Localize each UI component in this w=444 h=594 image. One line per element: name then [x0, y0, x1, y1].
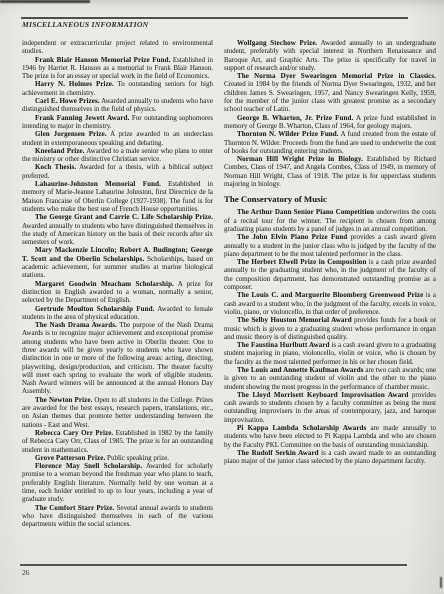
prize-name: Mary Mackenzie Lincoln; Robert A. Buding… [22, 246, 213, 262]
prize-entry: The Faustina Hurlbutt Award is a cash aw… [224, 341, 436, 366]
prize-name: Glen Jorgensen Prize. [35, 130, 107, 138]
prize-name: The Faustina Hurlbutt Award [237, 341, 330, 349]
prize-entry: Koch Thesis. Awarded for a thesis, with … [22, 163, 213, 180]
prize-entry: The George Grant and Carrie C. Life Scho… [22, 213, 213, 246]
prize-entry: Carl E. Howe Prizes. Awarded annually to… [22, 97, 213, 114]
prize-name: The George Grant and Carrie C. Life Scho… [35, 213, 213, 221]
prize-entry: Harry N. Holmes Prize. To outstanding se… [22, 80, 213, 97]
prize-name: The Comfort Starr Prize. [35, 504, 114, 512]
prize-name: George B. Wharton, Jr. Prize Fund. [237, 114, 353, 122]
prize-entry: Grove Patterson Prize. Public speaking p… [22, 454, 213, 462]
page-footer: 26 [0, 564, 444, 577]
prize-entry: The Rudolf Serkin Award is a cash award … [224, 449, 436, 466]
prize-entry: George B. Wharton, Jr. Prize Fund. A pri… [224, 114, 436, 131]
right-column: Wolfgang Stechow Prize. Awarded annually… [224, 39, 436, 529]
prize-name: Frank Blair Hanson Memorial Prize Fund. [35, 56, 170, 64]
prize-entry: The Comfort Starr Prize. Several annual … [22, 504, 213, 529]
section-heading: The Conservatory of Music [224, 194, 436, 204]
prize-entry: The Louis C. and Marguerite Bloomberg Gr… [224, 291, 436, 316]
prize-name: The Louis and Annette Kaufman Awards [237, 366, 364, 374]
prize-entry: Glen Jorgensen Prize. A prize awarded to… [22, 130, 213, 147]
left-column: independent or extracurricular project r… [22, 39, 213, 529]
prize-entry: Frank Fanning Jewett Award. For outstand… [22, 114, 213, 131]
prize-entry: Wolfgang Stechow Prize. Awarded annually… [224, 39, 436, 72]
prize-name: Grove Patterson Prize. [35, 454, 105, 462]
prize-entry: The Lloyd Morrisett Keyboard Improvisati… [224, 391, 436, 424]
prize-entry: Lahaurine-Johnston Memorial Fund. Establ… [22, 180, 213, 213]
prize-name: Lahaurine-Johnston Memorial Fund. [35, 180, 161, 188]
prize-name: The Louis C. and Marguerite Bloomberg Gr… [237, 291, 423, 299]
prize-name: The Rudolf Serkin Award [237, 449, 319, 457]
prize-entry: Kneeland Prize. Awarded to a male senior… [22, 147, 213, 164]
prize-name: The Lloyd Morrisett Keyboard Improvisati… [237, 391, 409, 399]
prize-entry: Frank Blair Hanson Memorial Prize Fund. … [22, 56, 213, 81]
prize-entry: The Arthur Dann Senior Piano Competition… [224, 208, 436, 233]
prize-name: The Nash Drama Awards. [35, 321, 117, 329]
scan-artifact-bottom-right [440, 577, 442, 588]
prize-name: The Norma Dyer Swearingen Memorial Prize… [237, 72, 436, 80]
prize-name: The Selby Houston Memorial Award [237, 316, 352, 324]
prize-name: Rebecca Cary Orr Prize. [35, 429, 113, 437]
prize-entry: Thornton N. Wilder Prize Fund. A fund cr… [224, 130, 436, 155]
prize-name: The John Elvin Piano Prize Fund [237, 233, 347, 241]
prize-name: Margaret Goodwin Meacham Scholarship. [35, 280, 174, 288]
prize-name: Harry N. Holmes Prize. [35, 80, 114, 88]
prize-entry: Margaret Goodwin Meacham Scholarship. A … [22, 280, 213, 305]
prize-entry: The John Elvin Piano Prize Fund provides… [224, 233, 436, 258]
prize-name: The Herbert Elwell Prize in Composition [237, 258, 366, 266]
prize-entry: Norman Hill Wright Prize in Biology. Est… [224, 155, 436, 188]
page-header: MISCELLANEOUS INFORMATION [0, 17, 444, 29]
prize-entry: Rebecca Cary Orr Prize. Established in 1… [22, 429, 213, 454]
prize-entry: The Nash Drama Awards. The purpose of th… [22, 321, 213, 396]
prize-name: Koch Thesis. [35, 163, 76, 171]
prize-entry: independent or extracurricular project r… [22, 39, 213, 56]
prize-name: Norman Hill Wright Prize in Biology. [237, 155, 363, 163]
prize-entry: The Louis and Annette Kaufman Awards are… [224, 366, 436, 391]
prize-name: Pi Kappa Lambda Scholarship Awards [237, 424, 366, 432]
prize-entry: Mary Mackenzie Lincoln; Robert A. Buding… [22, 246, 213, 279]
prize-entry: Florence May Snell Scholarship. Awarded … [22, 462, 213, 503]
prize-entry: The Selby Houston Memorial Award provide… [224, 316, 436, 341]
prize-name: The Newton Prize. [35, 396, 92, 404]
prize-name: Frank Fanning Jewett Award. [35, 114, 129, 122]
prize-name: The Arthur Dann Senior Piano Competition [237, 208, 374, 216]
running-head: MISCELLANEOUS INFORMATION [22, 20, 444, 29]
footer-rule [20, 564, 407, 566]
prize-entry: Pi Kappa Lambda Scholarship Awards are m… [224, 424, 436, 449]
prize-name: Wolfgang Stechow Prize. [237, 39, 317, 47]
prize-entry: The Norma Dyer Swearingen Memorial Prize… [224, 72, 436, 113]
prize-entry: The Newton Prize. Open to all students i… [22, 396, 213, 429]
prize-name: Gertrude Moulton Scholarship Fund. [35, 305, 155, 313]
prize-name: Florence May Snell Scholarship. [35, 462, 142, 470]
prize-name: Kneeland Prize. [35, 147, 85, 155]
prize-name: Carl E. Howe Prizes. [35, 97, 100, 105]
content-columns: independent or extracurricular project r… [0, 39, 444, 529]
prize-entry: Gertrude Moulton Scholarship Fund. Award… [22, 305, 213, 322]
scan-artifact-top [0, 0, 90, 3]
prize-entry: The Herbert Elwell Prize in Composition … [224, 258, 436, 291]
prize-name: Thornton N. Wilder Prize Fund. [237, 130, 339, 138]
catalog-page: MISCELLANEOUS INFORMATION independent or… [0, 0, 444, 594]
page-number: 26 [22, 568, 444, 577]
header-rule [21, 17, 408, 19]
